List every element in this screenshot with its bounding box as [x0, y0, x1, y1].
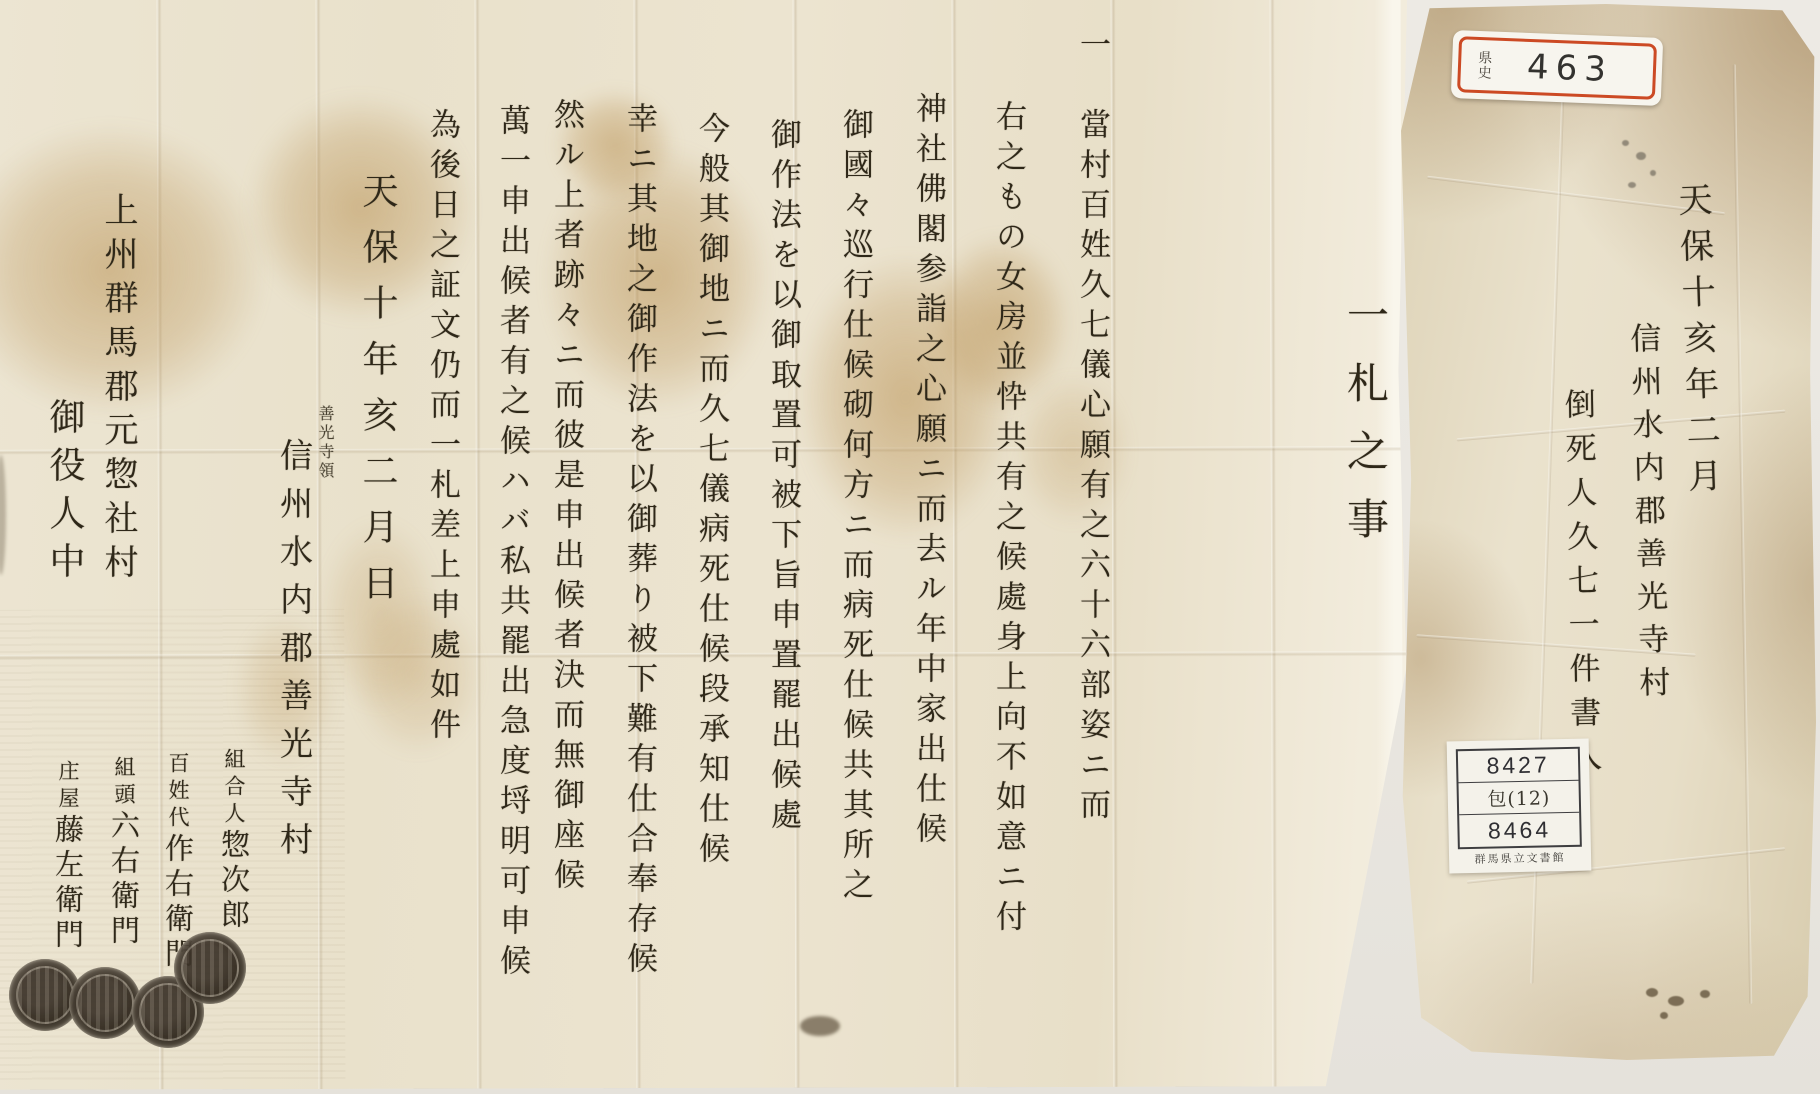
ink-speck [1622, 140, 1629, 146]
body-column: 萬一申出候者有之候ハバ私共罷出急度埒明可申候 [490, 104, 535, 984]
archive-package-note: 包(12) [1459, 781, 1580, 816]
crease-line [1456, 410, 1785, 442]
fold-crease [1270, 0, 1278, 1087]
body-column: 御國々巡行仕候砌何方ニ而病死仕候共其所之 [833, 108, 878, 908]
fold-crease [952, 0, 960, 1087]
body-column: 今般其御地ニ而久七儀病死仕候段承知仕候 [689, 112, 734, 872]
body-column: 然ル上者跡々ニ而彼是申出候者決而無御座候 [544, 98, 589, 898]
signature-role: 百姓代 [166, 752, 190, 833]
ink-spot [1700, 990, 1710, 998]
date-line: 天保十年亥二月日 [352, 172, 403, 620]
signature-name: 惣次郎 [217, 829, 251, 934]
archive-name: 群馬県立文書館 [1449, 849, 1591, 868]
addressee-officials: 御役人中 [39, 398, 90, 590]
envelope-subject-column: 倒死人久七一件書入 [1555, 388, 1607, 785]
ink-spot [1660, 1012, 1668, 1019]
photo-of-historical-documents: { "photo": { "background_color": "#e9e6e… [0, 0, 1820, 1094]
archive-label: 8427 包(12) 8464 群馬県立文書館 [1447, 739, 1592, 874]
catalog-series-label: 県史 [1473, 50, 1494, 81]
ink-speck [1628, 182, 1636, 188]
place-line: 信州水内郡善光寺村 [271, 438, 318, 870]
signature-column: 組頭六右衛門 [104, 756, 145, 950]
body-column: 為後日之証文仍而一札差上申處如件 [420, 108, 465, 748]
archive-label-table: 8427 包(12) 8464 [1456, 747, 1582, 850]
ink-speck [1636, 152, 1646, 160]
crease-line [1733, 64, 1752, 1004]
signature-column: 組合人惣次郎 [214, 748, 255, 934]
archive-number-bottom: 8464 [1459, 813, 1580, 848]
signature-role: 組頭 [112, 756, 136, 810]
document-wrapper-envelope [1396, 4, 1816, 1060]
signature-column: 庄屋藤左衛門 [48, 760, 89, 954]
ink-spot [1646, 988, 1658, 997]
ink-smudge [800, 1016, 840, 1036]
body-column: 幸ニ其地之御作法を以御葬り被下難有仕合奉存候 [617, 102, 662, 982]
signature-name: 六右衛門 [107, 810, 141, 950]
catalog-label: 県史 463 [1451, 30, 1663, 106]
signature-role: 庄屋 [56, 760, 80, 814]
archive-number-top: 8427 [1458, 749, 1579, 784]
fold-crease [475, 0, 483, 1089]
body-column: 御作法を以御取置可被下旨申置罷出候處 [761, 118, 806, 838]
document-title: 一札之事 [1335, 293, 1395, 565]
seal-stamp [174, 932, 246, 1004]
ink-spot [1668, 996, 1684, 1006]
addressee-village: 上州群馬郡元惣社村 [94, 192, 143, 588]
body-column: 一 當村百姓久七儀心願有之六十六部姿ニ而 [1070, 28, 1115, 828]
seal-stamp [69, 967, 141, 1039]
body-column: 神社佛閣参詣之心願ニ而去ル年中家出仕候 [906, 92, 951, 852]
ink-speck [1650, 170, 1656, 176]
signature-role: 組合人 [222, 748, 246, 829]
body-column: 右之もの女房並忰共有之候處身上向不如意ニ付 [986, 100, 1031, 940]
signature-name: 藤左衛門 [51, 814, 85, 954]
